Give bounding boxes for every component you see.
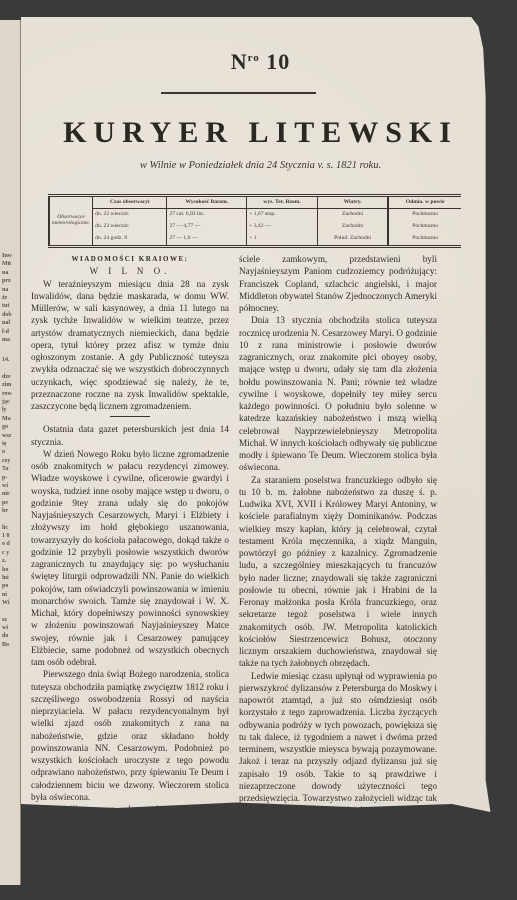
meteo-row: dn. 24 godz. 8 27 — 1,6 — + 1 Połud. Zac… — [49, 233, 461, 245]
column-left: WIADOMOŚCI KRAIOWE: W I L N O. W teraźni… — [31, 253, 229, 864]
meteo-wind: Zachodni — [318, 208, 389, 221]
newspaper-title: KURYER LITEWSKI — [21, 116, 500, 150]
previous-page-text-fragment: do — [2, 633, 8, 639]
article-paragraph: Pierwszego dnia świąt Bożego narodzenia,… — [31, 668, 229, 803]
previous-page-text-fragment: 1 8 — [2, 533, 10, 539]
place-heading: W I L N O. — [31, 265, 229, 277]
issue-number-value: 10 — [266, 49, 290, 74]
previous-page-text-fragment: na — [2, 287, 8, 293]
meteo-header-wind: Wiatry. — [318, 197, 389, 208]
previous-page-text-fragment: o — [2, 449, 5, 455]
previous-page-text-fragment: sz — [2, 617, 7, 623]
meteo-sky: Pochmurno — [388, 208, 461, 221]
previous-page-text-fragment: wi — [2, 625, 8, 631]
previous-page-text-fragment: ły — [2, 407, 7, 413]
article-paragraph: W dzień Nowego Roku było liczne zgromadz… — [31, 448, 229, 669]
previous-page-text-fragment: o d — [2, 541, 10, 547]
meteo-thermometer: + 3,42 — — [247, 221, 318, 233]
article-paragraph: W teraźnieyszym miesiącu dnia 28 na zysk… — [31, 278, 229, 413]
previous-page-text-fragment: Ta — [2, 466, 8, 472]
meteo-thermometer: + 1 — [247, 233, 318, 245]
meteo-sky: Pochmurno — [388, 233, 461, 245]
meteo-barometer: 27 cal. 6,03 lin. — [167, 208, 247, 221]
article-paragraph: Dnia 13 stycznia obchodziła stolica tute… — [239, 314, 437, 473]
issue-number-prefix: N — [231, 49, 248, 74]
article-paragraph: W wigilią nowego roku, w kościele tuteys… — [31, 803, 229, 852]
column-right: ściele zamkowym, przedstawieni byli Nayj… — [239, 253, 437, 890]
previous-page-text-fragment: pe — [2, 500, 8, 506]
meteorological-table: Obserwacye meteorologiczne. Czas obserwa… — [48, 194, 461, 248]
dateline: w Wilnie w Poniedziałek dnia 24 Stycznia… — [21, 160, 500, 171]
issue-number-suffix: ro — [248, 52, 260, 64]
previous-page-text-fragment: c y — [2, 550, 9, 556]
article-separator — [110, 416, 150, 417]
article-paragraph: W dzień nowego roku po nabożeństwie w ko… — [31, 852, 229, 864]
newspaper-page: Nro 10 KURYER LITEWSKI w Wilnie w Ponied… — [21, 17, 500, 812]
previous-page-text-fragment: Inw — [2, 253, 12, 259]
previous-page-text-fragment: lni — [2, 575, 9, 581]
meteo-wind: Zachodni — [318, 221, 389, 233]
previous-page-text-fragment: Ma — [2, 416, 11, 422]
meteo-header-time: Czas obserwacyi — [93, 197, 167, 208]
meteo-header-thermometer: wys. Ter. Reom. — [247, 197, 318, 208]
meteo-time: dn. 23 wieczór. — [93, 221, 167, 233]
previous-page-text-fragment: wsz — [2, 433, 11, 439]
article-paragraph: ściele zamkowym, przedstawieni byli Nayj… — [239, 253, 437, 314]
meteo-thermometer: + 1,67 stop. — [247, 208, 318, 221]
previous-page-text-fragment: nal — [2, 320, 10, 326]
meteo-row: dn. 22 wieczór. 27 cal. 6,03 lin. + 1,67… — [49, 208, 461, 221]
meteo-time: dn. 24 godz. 8 — [93, 233, 167, 245]
article-paragraph: Za staraniem poselstwa francuzkiego odby… — [239, 474, 437, 670]
previous-page-text-fragment: z. — [2, 558, 6, 564]
previous-page-text-fragment: dze — [2, 374, 11, 380]
article-paragraph: Ostatnia data gazet petersburskich jest … — [31, 423, 229, 448]
previous-page-text-fragment: zim — [2, 382, 11, 388]
previous-page-text-fragment: Bo — [2, 642, 9, 648]
previous-page-text-fragment: br — [2, 508, 8, 514]
previous-page-edge: InwMünaprznażetutdobnalł-dma14.dzezimrow… — [0, 20, 21, 885]
previous-page-text-fragment: lic — [2, 525, 8, 531]
meteo-sky: Pochmurno — [388, 221, 461, 233]
previous-page-text-fragment: p- — [2, 475, 7, 481]
previous-page-text-fragment: wi — [2, 483, 8, 489]
previous-page-text-fragment: ma — [2, 337, 10, 343]
section-heading: WIADOMOŚCI KRAIOWE: — [31, 253, 229, 265]
previous-page-text-fragment: 14. — [2, 357, 10, 363]
previous-page-text-fragment: Wi — [2, 600, 10, 606]
meteo-time: dn. 22 wieczór. — [93, 208, 167, 221]
previous-page-text-fragment: tut — [2, 303, 9, 309]
previous-page-text-fragment: czy — [2, 458, 10, 464]
meteo-label: Obserwacye meteorologiczne. — [49, 197, 93, 245]
previous-page-text-fragment: ho — [2, 567, 8, 573]
meteo-wind: Połud. Zachodni — [318, 233, 389, 245]
previous-page-text-fragment: po — [2, 583, 8, 589]
previous-page-text-fragment: prz — [2, 278, 11, 284]
meteo-header-barometer: Wysokość Barom. — [167, 197, 247, 208]
previous-page-text-fragment: jąc — [2, 399, 10, 405]
meteo-barometer: 27 — 4,77 — — [167, 221, 247, 233]
previous-page-text-fragment: Mü — [2, 261, 11, 267]
article-paragraph: Ledwie miesiąc czasu upłynął od wyprawie… — [239, 670, 437, 891]
meteo-row: dn. 23 wieczór. 27 — 4,77 — + 3,42 — Zac… — [49, 221, 461, 233]
masthead-rule — [161, 92, 316, 94]
previous-page-text-fragment: nie — [2, 491, 10, 497]
previous-page-text-fragment: row — [2, 391, 12, 397]
previous-page-text-fragment: na — [2, 270, 8, 276]
previous-page-text-fragment: go — [2, 424, 8, 430]
issue-number: Nro 10 — [21, 49, 500, 75]
meteo-header-sky: Odmia. w powie — [388, 197, 461, 208]
meteo-barometer: 27 — 1,6 — — [167, 233, 247, 245]
previous-page-text-fragment: ł-d — [2, 329, 9, 335]
previous-page-text-fragment: ni — [2, 592, 7, 598]
previous-page-text-fragment: że — [2, 295, 7, 301]
previous-page-text-fragment: ię — [2, 441, 6, 447]
previous-page-text-fragment: dob — [2, 312, 12, 318]
